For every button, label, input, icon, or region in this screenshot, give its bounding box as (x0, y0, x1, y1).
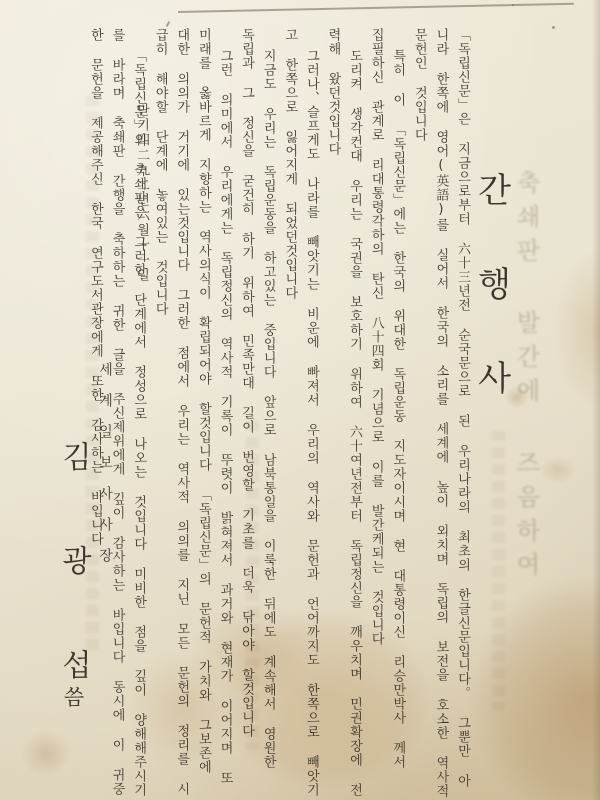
page-title: 간행사 (474, 172, 508, 454)
date-line: 단기四二九二년六월十一일 (135, 103, 148, 283)
signature-organization: 세계일보사사장 (98, 362, 112, 579)
ghost-showthrough-title: 축쇄판 발간에 즈음하여 (514, 170, 538, 586)
page-edge-shadow (590, 0, 600, 800)
paragraph-4: 그러나、슬프게도 나라를 빼앗기는 비운에 빠져서 우리의 역사와 문헌과 언어… (279, 28, 322, 798)
dust-speck (512, 4, 514, 6)
ghost-showthrough-column (492, 430, 505, 710)
paragraph-6: 그런 의미에서 우리에게는 독립정신의 역사적 기록이 뚜렷이 밝혀져서 과거와… (149, 28, 235, 798)
body-text: 「독립신문」은 지금으로부터 六十三년전 순국문으로 된 우리나라의 최초의 한… (149, 28, 473, 798)
paragraph-2: 특히 이 「독립신문」에는 한국의 위대한 독립운동 지도자이시며 현 대통령이… (365, 28, 408, 798)
dust-speck (552, 26, 555, 29)
top-border-rule (178, 3, 574, 13)
signature-suffix: 씀 (62, 686, 83, 707)
dust-speck (166, 21, 171, 27)
paragraph-5: 지금도 우리는 독립운동을 하고있는 중입니다 앞으로 남북통일을 이룩한 뒤에… (235, 28, 278, 798)
document-page: 축쇄판 발간에 즈음하여 간행사 「독립신문」은 지금으로부터 六十三년전 순국… (0, 0, 600, 800)
paragraph-3: 도리켜 생각컨대 우리는 국권을 보호하기 위하여 六十여년전부터 독립정신을 … (322, 28, 365, 798)
paragraph-1: 「독립신문」은 지금으로부터 六十三년전 순국문으로 된 우리나라의 최초의 한… (408, 28, 473, 798)
